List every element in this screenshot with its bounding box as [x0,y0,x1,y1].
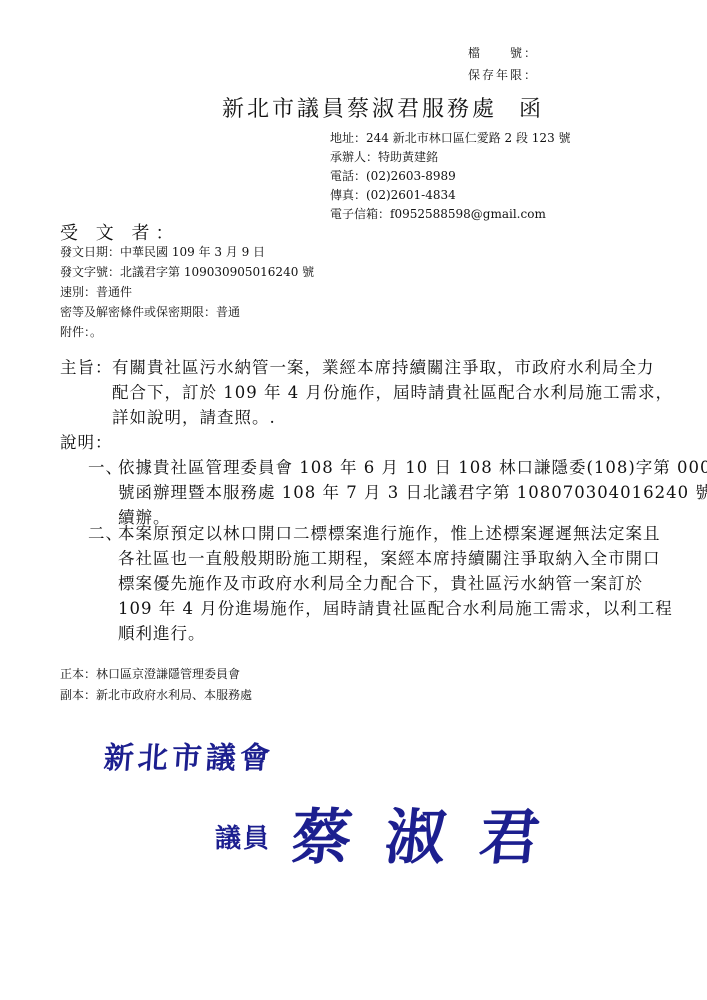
item-line: 號函辦理暨本服務處 108 年 7 月 3 日北議君字第 10807030401… [118,480,707,505]
reference-number: 發文字號：北議君字第 109030905016240 號 [60,262,314,282]
council-stamp: 新北市議會 [102,733,275,777]
issue-date: 發文日期：中華民國 109 年 3 月 9 日 [60,242,314,262]
subject-content: 有關貴社區污水納管一案，業經本席持續關注爭取，市政府水利局全力 配合下，訂於 1… [112,355,673,430]
item-line: 本案原預定以林口開口二標標案進行施作，惟上述標案遲遲無法定案且 [118,521,673,546]
copies-block: 正本：林口區京澄謙隱管理委員會 副本：新北市政府水利局、本服務處 [60,664,252,706]
retention-period-label: 保存年限： [468,66,538,84]
sender-contact-block: 地址：244 新北市林口區仁愛路 2 段 123 號 承辦人：特助黃建銘 電話：… [330,129,571,224]
sender-email: 電子信箱：f0952588598@gmail.com [330,205,571,224]
subject-line: 有關貴社區污水納管一案，業經本席持續關注爭取，市政府水利局全力 [112,355,673,380]
delivery-speed: 速別：普通件 [60,282,314,302]
document-meta: 發文日期：中華民國 109 年 3 月 9 日 發文字號：北議君字第 10903… [60,242,314,342]
copy-recipients: 副本：新北市政府水利局、本服務處 [60,685,252,706]
item-content: 本案原預定以林口開口二標標案進行施作，惟上述標案遲遲無法定案且 各社區也一直般般… [118,521,673,646]
item-line: 各社區也一直般般期盼施工期程，案經本席持續關注爭取納入全市開口 [118,546,673,571]
file-number-label: 檔 號： [468,44,538,62]
document-title: 新北市議員蔡淑君服務處函 [222,92,544,123]
explanation-label: 說明： [60,430,113,455]
classification: 密等及解密條件或保密期限：普通 [60,302,314,322]
item-line: 順利進行。 [118,621,673,646]
sender-address: 地址：244 新北市林口區仁愛路 2 段 123 號 [330,129,571,148]
original-recipient: 正本：林口區京澄謙隱管理委員會 [60,664,252,685]
item-line: 109 年 4 月份進場施作，屆時請貴社區配合水利局施工需求，以利工程 [118,596,673,621]
attachment: 附件：。 [60,322,314,342]
office-name: 新北市議員蔡淑君服務處 [222,97,497,122]
item-content: 依據貴社區管理委員會 108 年 6 月 10 日 108 林口謙隱委(108)… [118,455,707,530]
subject-label: 主旨： [60,355,113,380]
item-line: 標案優先施作及市政府水利局全力配合下，貴社區污水納管一案訂於 [118,571,673,596]
signature-title: 議員 [215,818,271,855]
document-type: 函 [519,97,544,122]
subject-line: 詳如說明，請查照。. [112,405,673,430]
sender-handler: 承辦人：特助黃建銘 [330,148,571,167]
signature-name: 蔡淑君 [287,790,578,876]
sender-fax: 傳真：(02)2601-4834 [330,186,571,205]
sender-phone: 電話：(02)2603-8989 [330,167,571,186]
subject-line: 配合下，訂於 109 年 4 月份施作，屆時請貴社區配合水利局施工需求， [112,380,673,405]
item-line: 依據貴社區管理委員會 108 年 6 月 10 日 108 林口謙隱委(108)… [118,455,707,480]
